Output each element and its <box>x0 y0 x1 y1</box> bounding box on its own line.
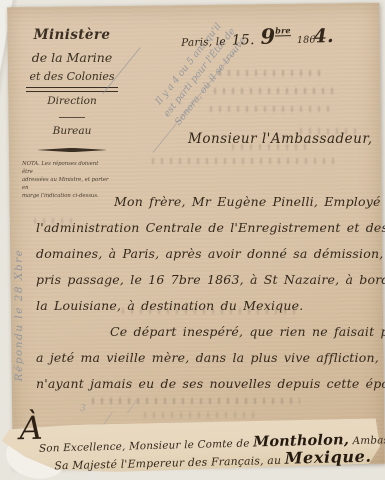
body-line: Ce départ inespéré, que rien ne faisait … <box>36 324 378 350</box>
address-line2-text: Sa Majesté l'Empereur des Français, au <box>54 454 281 473</box>
margin-note: Répondu le 28 Xbre <box>13 236 31 394</box>
bleedthrough-line <box>148 158 334 164</box>
nota-line: adressées au Ministre, et porter en <box>22 177 110 193</box>
letter-scan: Ministère de la Marine et des Colonies D… <box>0 0 385 480</box>
address-destination: Mexique. <box>285 447 372 468</box>
letterhead-ministere: Ministère <box>22 27 122 43</box>
letterhead-swelled-rule <box>38 148 106 152</box>
page-mark: 3 <box>80 404 86 414</box>
letterhead-small-rule <box>59 117 85 118</box>
letterhead-bureau: Bureau <box>22 125 122 137</box>
body-paragraph-2: Ce départ inespéré, que rien ne faisait … <box>36 324 378 402</box>
date-year: 1864. <box>297 25 335 48</box>
bleedthrough-line <box>140 412 260 418</box>
body-paragraph-1: Mon frère, Mr Eugène Pinelli, Employé à … <box>36 194 378 324</box>
date-month: 9bre <box>260 23 291 49</box>
salutation: Monsieur l'Ambassadeur, <box>188 131 373 147</box>
date-day: 15. <box>232 32 255 49</box>
body-line: l'administration Centrale de l'Enregistr… <box>36 220 378 246</box>
body-line: la Louisiane, à destination du Mexique. <box>36 298 378 324</box>
date-month-superscript: bre <box>275 25 291 36</box>
bleedthrough-line <box>215 70 325 76</box>
letterhead-direction: Direction <box>22 95 122 107</box>
bleedthrough-line <box>210 88 338 94</box>
letterhead: Ministère de la Marine et des Colonies D… <box>22 27 122 152</box>
letterhead-marine: de la Marine <box>22 50 122 65</box>
body-line: n'ayant jamais eu de ses nouvelles depui… <box>36 376 378 402</box>
address-line1-title: Ambassadeur <box>352 433 385 447</box>
body-line: Mon frère, Mr Eugène Pinelli, Employé à <box>36 194 378 220</box>
dateline: Paris, le 15. 9bre 1864. <box>181 22 334 51</box>
body-line: pris passage, le 16 7bre 1863, à St Naza… <box>36 272 378 298</box>
nota-line: NOTA. Les réponses doivent être <box>22 161 110 177</box>
body-line: a jeté ma vieille mère, dans la plus viv… <box>36 350 378 376</box>
bleedthrough-line <box>206 106 334 112</box>
address-strip: À Son Excellence, Monsieur le Comte de M… <box>1 417 382 476</box>
date-place: Paris, le <box>181 36 226 49</box>
body-line: domaines, à Paris, après avoir donné sa … <box>36 246 378 272</box>
letterhead-colonies: et des Colonies <box>22 70 122 83</box>
